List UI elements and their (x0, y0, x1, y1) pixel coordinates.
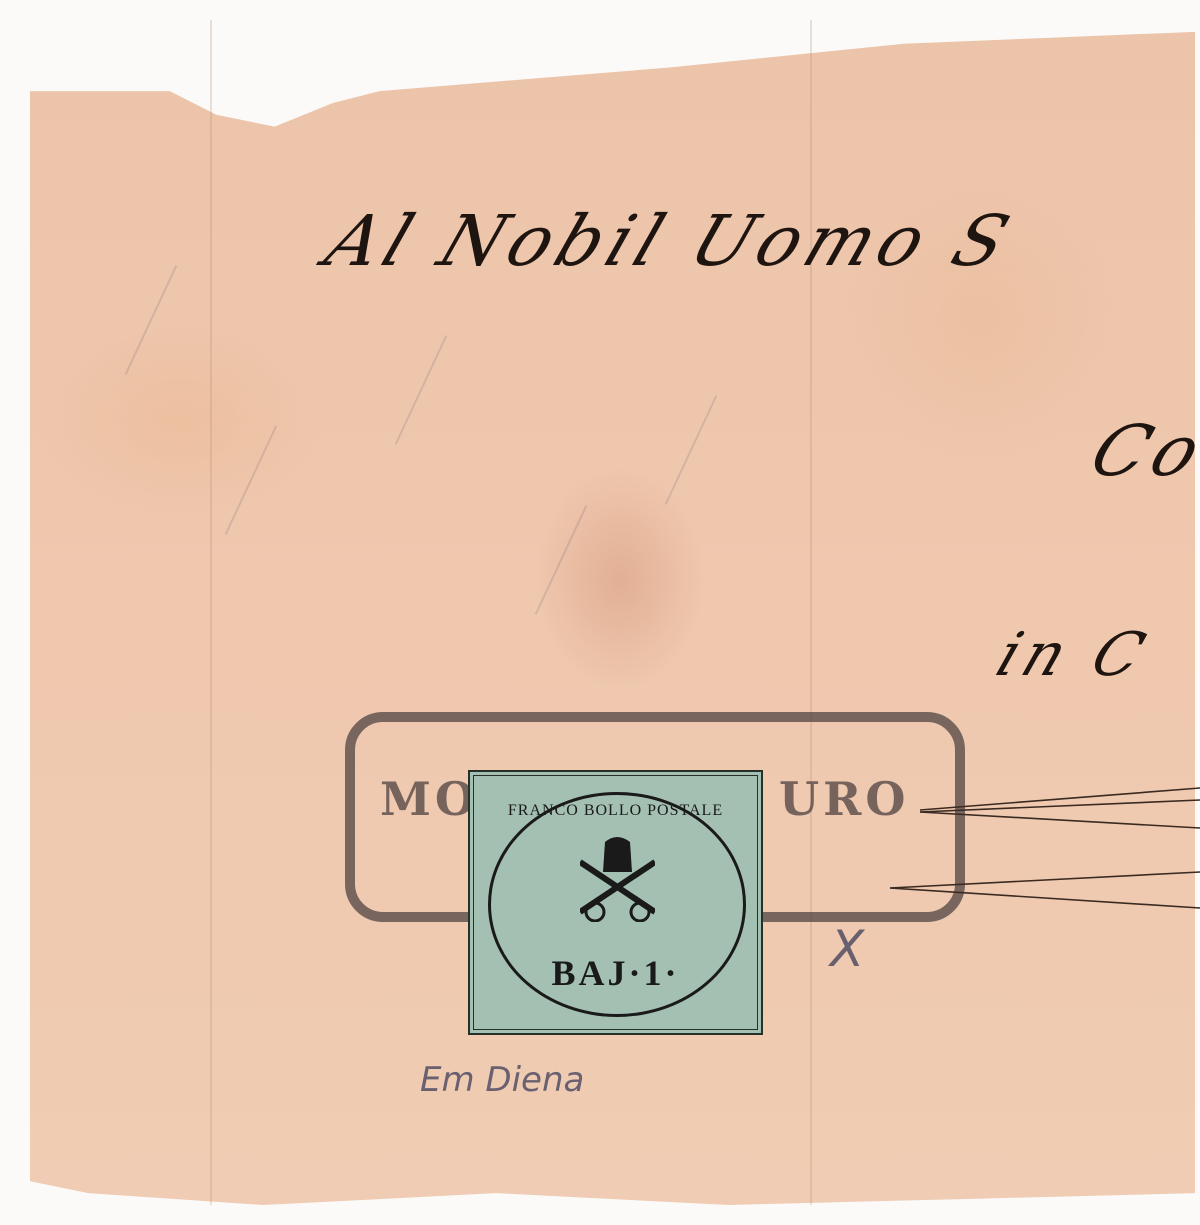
address-line-1: Al Nobil Uomo S (315, 200, 1025, 282)
pen-cancel-lines (880, 770, 1200, 920)
pencil-signature: Em Diena (420, 1060, 584, 1100)
fold-line (810, 20, 812, 1205)
pencil-mark: X (830, 920, 864, 978)
tiara-keys-icon (580, 832, 655, 922)
address-line-3: in C (987, 620, 1159, 690)
stamp-inscription: FRANCO BOLLO POSTALE (470, 802, 761, 820)
stamp-value: BAJ·1· (470, 952, 761, 994)
fold-line (210, 20, 212, 1205)
postage-stamp: FRANCO BOLLO POSTALE BAJ·1· (468, 770, 763, 1035)
